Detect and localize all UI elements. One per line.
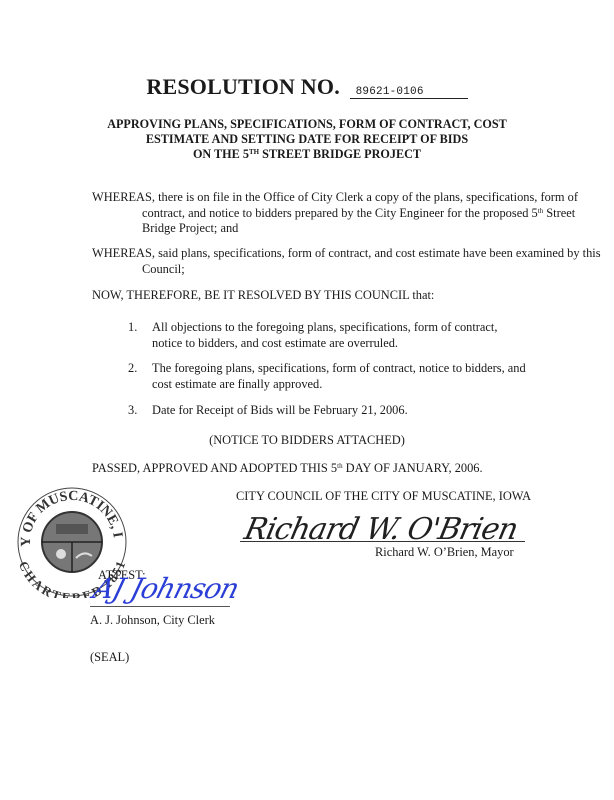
item-number: 3. — [128, 403, 152, 419]
item-text: Date for Receipt of Bids will be Februar… — [152, 403, 408, 419]
subtitle-line-1: APPROVING PLANS, SPECIFICATIONS, FORM OF… — [0, 117, 614, 132]
passed-statement: PASSED, APPROVED AND ADOPTED THIS 5th DA… — [92, 461, 483, 477]
mayor-printed-name: Richard W. O’Brien, Mayor — [375, 545, 514, 561]
council-name: CITY COUNCIL OF THE CITY OF MUSCATINE, I… — [236, 489, 531, 505]
resolution-item: 1. All objections to the foregoing plans… — [128, 320, 528, 351]
seal-label: (SEAL) — [90, 650, 129, 666]
resolution-subtitle: APPROVING PLANS, SPECIFICATIONS, FORM OF… — [0, 117, 614, 162]
whereas-paragraph-1: WHEREAS, there is on file in the Office … — [92, 190, 602, 237]
resolution-item: 3. Date for Receipt of Bids will be Febr… — [128, 403, 528, 419]
notice-attached: (NOTICE TO BIDDERS ATTACHED) — [0, 433, 614, 449]
item-text: The foregoing plans, specifications, for… — [152, 361, 528, 392]
subtitle-line-2: ESTIMATE AND SETTING DATE FOR RECEIPT OF… — [0, 132, 614, 147]
resolution-item: 2. The foregoing plans, specifications, … — [128, 361, 528, 392]
whereas-paragraph-2: WHEREAS, said plans, specifications, for… — [92, 246, 602, 277]
mayor-signature-line — [240, 541, 525, 542]
item-number: 2. — [128, 361, 152, 392]
clerk-signature-line — [90, 606, 230, 607]
item-text: All objections to the foregoing plans, s… — [152, 320, 528, 351]
item-number: 1. — [128, 320, 152, 351]
clerk-printed-name: A. J. Johnson, City Clerk — [90, 613, 215, 629]
title-label: RESOLUTION NO. — [146, 74, 340, 99]
resolved-intro: NOW, THEREFORE, BE IT RESOLVED BY THIS C… — [92, 288, 552, 304]
document-title: RESOLUTION NO. 89621-0106 — [0, 74, 614, 100]
clerk-signature: AJ Johnson — [90, 572, 243, 605]
resolution-number: 89621-0106 — [350, 86, 468, 99]
subtitle-line-3: ON THE 5TH STREET BRIDGE PROJECT — [0, 147, 614, 162]
